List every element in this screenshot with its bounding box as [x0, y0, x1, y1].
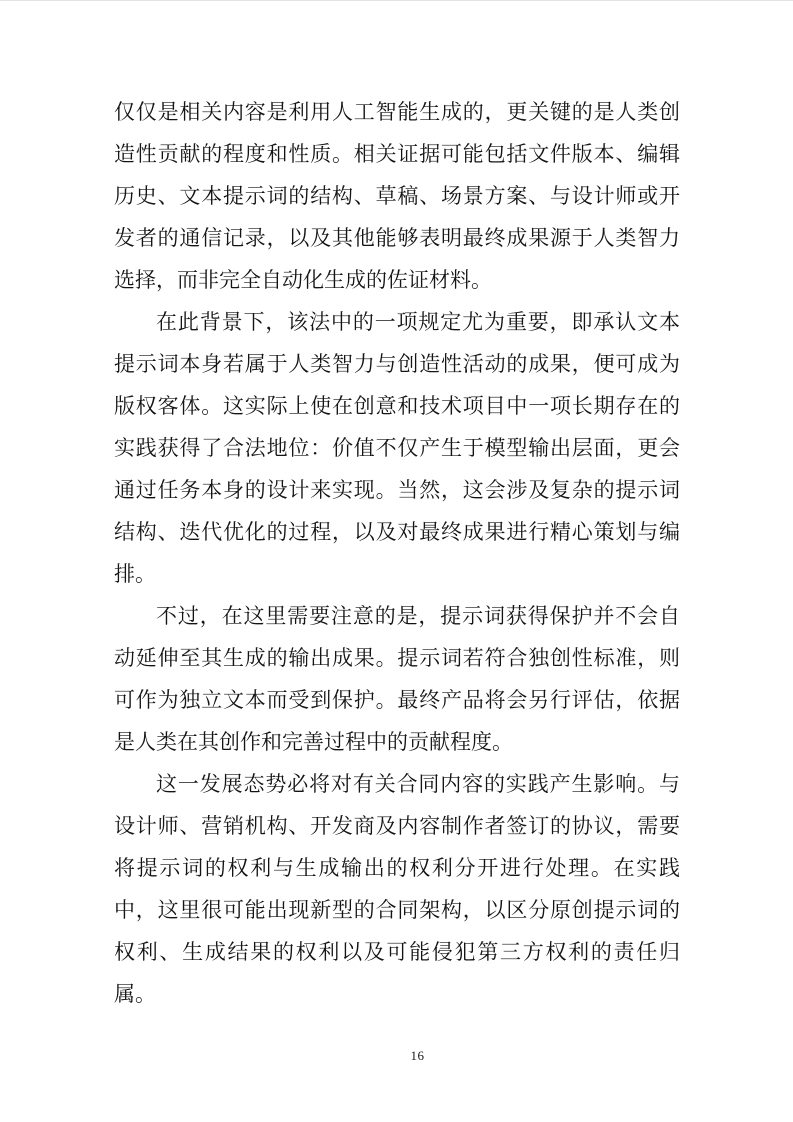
paragraph: 仅仅是相关内容是利用人工智能生成的，更关键的是人类创造性贡献的程度和性质。相关证… [114, 91, 680, 301]
page: 仅仅是相关内容是利用人工智能生成的，更关键的是人类创造性贡献的程度和性质。相关证… [0, 1, 793, 1122]
page-footer: 16 [0, 1047, 793, 1065]
page-number: 16 [411, 1048, 425, 1063]
body-text: 仅仅是相关内容是利用人工智能生成的，更关键的是人类创造性贡献的程度和性质。相关证… [114, 91, 680, 1015]
paragraph: 不过，在这里需要注意的是，提示词获得保护并不会自动延伸至其生成的输出成果。提示词… [114, 595, 680, 763]
paragraph: 在此背景下，该法中的一项规定尤为重要，即承认文本提示词本身若属于人类智力与创造性… [114, 301, 680, 595]
document-page: { "document": { "page_number": "16", "pa… [0, 0, 793, 1122]
paragraph: 这一发展态势必将对有关合同内容的实践产生影响。与设计师、营销机构、开发商及内容制… [114, 763, 680, 1015]
